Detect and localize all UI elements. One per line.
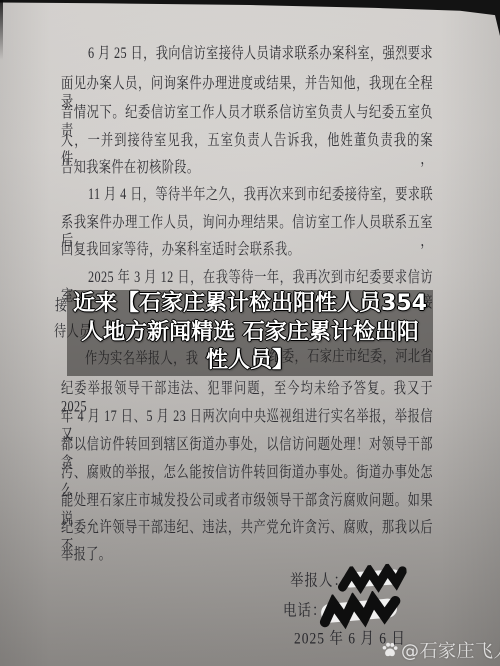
- document-line: 接: [55, 296, 68, 315]
- document-line: 11 月 4 日，等待半年之久，我再次来到市纪委接待室，要求联: [61, 185, 433, 204]
- headline-line-1: 近来【石家庄累计检出阳性人员354: [73, 290, 427, 319]
- watermark: @石家庄飞人: [381, 637, 500, 663]
- document-line: 告知我案件在初核阶段。: [61, 158, 199, 177]
- watermark-handle: @石家庄飞人: [401, 637, 500, 663]
- phone-redaction-scribble: [317, 588, 406, 631]
- headline-line-2: 人地方新闻精选 石家庄累计检出阳: [81, 319, 419, 348]
- document-line: 纪委允许领导干部违纪、违法，共产党允许贪污、腐败，那我以后不: [61, 518, 433, 556]
- document-line: 回复我回家等待，办案科室适时会联系我。: [61, 240, 300, 259]
- document-line: 6 月 25 日，我向信访室接待人员请求联系办案科室，强烈要求: [61, 44, 433, 63]
- headline-band: 近来【石家庄累计检出阳性人员354 人地方新闻精选 石家庄累计检出阳 性人员】: [67, 290, 433, 376]
- document-line: 举报了。: [61, 545, 111, 564]
- photo-left-edge-shadow: [0, 0, 3, 60]
- headline-line-3: 性人员】: [206, 347, 294, 376]
- photo-frame: 6 月 25 日，我向信访室接待人员请求联系办案科室，强烈要求面见办案人员，问询…: [0, 0, 500, 666]
- paw-icon: [381, 641, 399, 659]
